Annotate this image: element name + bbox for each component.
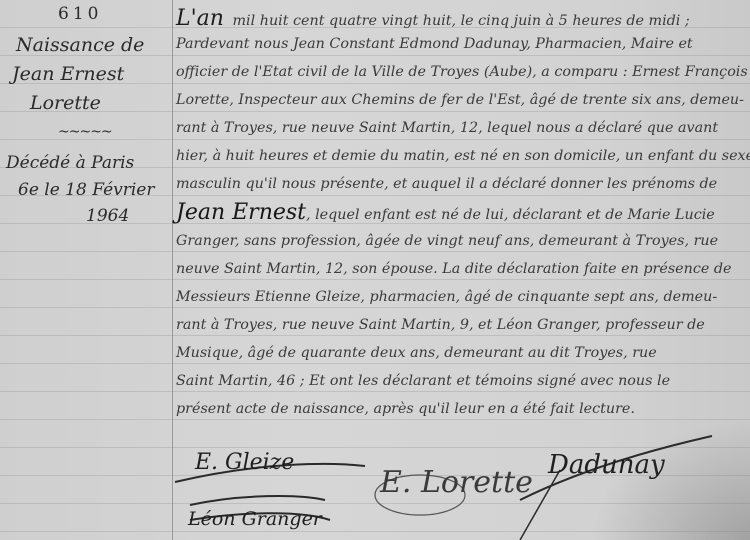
register-page: 610 Naissance de Jean Ernest Lorette ~~~… [0, 0, 750, 540]
signature-witness-1: E. Gleize [195, 450, 294, 475]
signature-mayor: Dadunay [548, 450, 665, 480]
signature-declarant: E. Lorette [380, 465, 533, 500]
signature-witness-2: Léon Granger [188, 508, 322, 530]
